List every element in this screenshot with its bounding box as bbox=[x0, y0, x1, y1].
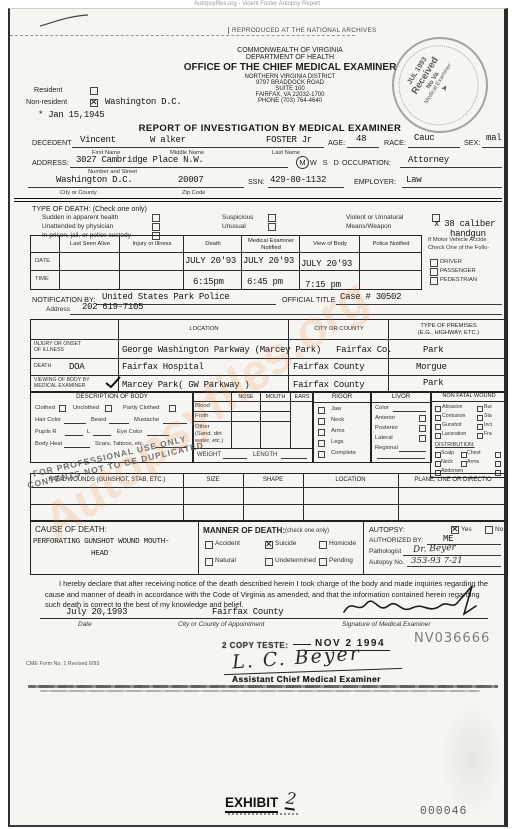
blank-line bbox=[64, 447, 90, 448]
length-label: LENGTH bbox=[253, 452, 277, 459]
grid-line bbox=[31, 270, 421, 271]
driver-label: DRIVER bbox=[440, 259, 462, 266]
plane-header: PLANE, LINE OR DIRECTIO bbox=[400, 477, 506, 484]
date-view-value: JULY 20'93 bbox=[301, 259, 352, 269]
undetermined-checkbox bbox=[265, 558, 273, 566]
nfw-burn-checkbox bbox=[477, 406, 483, 412]
nfw-laceration: Laceration bbox=[442, 432, 466, 438]
race-label: RACE: bbox=[384, 139, 406, 148]
row1-label-2: OF ILLNESS bbox=[34, 348, 64, 354]
row1-city: Fairfax Co. bbox=[336, 345, 392, 355]
grid-line bbox=[193, 411, 290, 412]
driver-checkbox bbox=[430, 259, 438, 267]
row2-city: Fairfax County bbox=[293, 362, 364, 372]
time-death-value: 6:15pm bbox=[193, 277, 224, 287]
col-me-notified: Medical Examiner Notified bbox=[243, 238, 299, 251]
decedent-label: DECEDENT bbox=[32, 139, 72, 148]
motor-note-2: Check One of the Follo· bbox=[428, 245, 489, 252]
exhibit-dots bbox=[228, 813, 298, 815]
notification-address-underline bbox=[70, 314, 502, 315]
nfw-gunshot-checkbox bbox=[435, 424, 441, 430]
form-number: CME Form No. 1 Revised 6/93 bbox=[26, 661, 99, 667]
livor-posterior: Posterior bbox=[375, 425, 398, 432]
grid-line bbox=[31, 504, 507, 505]
hair-color-label: Hair Color bbox=[35, 417, 61, 424]
grid-line bbox=[299, 236, 300, 289]
ssn-value: 429-80-1132 bbox=[270, 175, 326, 185]
nfw-incision-checkbox bbox=[477, 424, 483, 430]
pedestrian-checkbox bbox=[430, 277, 438, 285]
col-death: Death bbox=[185, 241, 241, 248]
time-view-value: 7:15 pm bbox=[305, 280, 341, 290]
nfw-title: NON FATAL WOUND bbox=[431, 393, 507, 399]
address-label: ADDRESS: bbox=[32, 159, 69, 168]
pupils-label: Pupils R bbox=[35, 429, 57, 436]
official-title-underline bbox=[336, 304, 502, 305]
dist-extra1-checkbox bbox=[495, 452, 501, 458]
grid-line bbox=[193, 448, 313, 449]
nfw-contusion: Contusion bbox=[442, 414, 465, 420]
blood-label: Blood bbox=[195, 403, 210, 410]
accident-label: Accident bbox=[215, 540, 240, 548]
grid-line bbox=[183, 474, 184, 520]
last-name-label: Last Name bbox=[272, 150, 300, 157]
grid-line bbox=[183, 236, 184, 289]
city-value: Washington D.C. bbox=[56, 175, 133, 185]
rigor-arms: Arms bbox=[331, 428, 345, 435]
case-number-value: Case # 30502 bbox=[340, 292, 401, 302]
passenger-label: PASSENGER bbox=[440, 268, 476, 275]
header-premises-1: TYPE OF PREMISES bbox=[390, 323, 507, 330]
zip-label: Zip Code bbox=[182, 190, 206, 197]
unclothed-label: Unclothed bbox=[73, 405, 99, 412]
tod-suspicious-checkbox bbox=[268, 214, 276, 222]
pen-mark bbox=[38, 13, 90, 29]
blank-line bbox=[393, 411, 426, 412]
grid-line bbox=[31, 252, 421, 253]
pending-label: Pending bbox=[329, 557, 353, 565]
tod-unusual-checkbox bbox=[268, 223, 276, 231]
signoff-county-value: Fairfax County bbox=[212, 607, 283, 617]
scan-line bbox=[10, 35, 355, 36]
last-name-value: FOSTER Jr bbox=[266, 135, 312, 145]
datetime-table: Last Seen Alive Injury or Illness Death … bbox=[30, 235, 422, 290]
suicide-label: Suicide bbox=[275, 540, 296, 548]
pending-checkbox bbox=[319, 558, 327, 566]
homicide-label: Homicide bbox=[329, 540, 356, 548]
employer-underline bbox=[402, 187, 502, 188]
cause-of-death-box: CAUSE OF DEATH: PERFORATING GUNSHOT WOUN… bbox=[30, 521, 508, 575]
row3-location: Marcey Park( GW Parkway ) bbox=[122, 380, 250, 390]
orifice-box: NOSE MOUTH EARS Blood Froth Other (Sand,… bbox=[192, 391, 314, 463]
nfw-contusion-checkbox bbox=[435, 415, 441, 421]
pupils-l-label: L bbox=[87, 429, 90, 436]
autopsy-no-label: No bbox=[495, 526, 503, 534]
row-date-label: DATE bbox=[35, 258, 50, 265]
livor-regional-label: Regional bbox=[375, 445, 398, 452]
signoff-date-label: Date bbox=[78, 621, 92, 628]
weapon-value-line1: x 38 caliber bbox=[434, 219, 495, 229]
race-value: Cauc bbox=[414, 133, 434, 143]
non-fatal-wound-box: NON FATAL WOUND Abrasion Bur Contusion S… bbox=[430, 391, 508, 478]
manner-of-death-note: (check one only) bbox=[285, 528, 329, 534]
occupation-label: OCCUPATION: bbox=[342, 159, 391, 168]
letterhead-office: OFFICE OF THE CHIEF MEDICAL EXAMINER bbox=[150, 62, 430, 73]
grid-line bbox=[119, 236, 120, 289]
livor-title: LIVOR bbox=[371, 393, 431, 400]
grid-line bbox=[431, 401, 507, 402]
rule-top bbox=[14, 198, 502, 199]
file-number-handwriting: NV036666 bbox=[414, 631, 490, 646]
pedestrian-label: PEDESTRIAN bbox=[440, 277, 477, 284]
rigor-arms-checkbox bbox=[318, 429, 325, 436]
accident-checkbox bbox=[205, 541, 213, 549]
beard-label: Beard bbox=[91, 417, 106, 424]
blank-line bbox=[163, 423, 187, 424]
nfw-abrasion-checkbox bbox=[435, 406, 441, 412]
livor-anterior: Anterior bbox=[375, 415, 395, 422]
livor-lateral-checkbox bbox=[419, 435, 426, 442]
rigor-legs-checkbox bbox=[318, 440, 325, 447]
autopsy-number-value: 353-93 7-21 bbox=[411, 556, 463, 566]
rigor-box: RIGOR Jaw Neck Arms Legs Complete bbox=[312, 391, 372, 463]
autopsy-yes-label: Yes bbox=[461, 526, 472, 534]
livor-color-label: Color bbox=[375, 405, 389, 412]
eye-color-label: Eye Color bbox=[117, 429, 142, 436]
autopsy-number-underline bbox=[407, 566, 501, 567]
row3-premises: Park bbox=[423, 378, 443, 388]
shape-header: SHAPE bbox=[245, 477, 301, 484]
tod-means-weapon: Means/Weapon bbox=[346, 223, 391, 231]
notification-address-value: 202 619-7105 bbox=[82, 302, 143, 312]
notification-by-value: United States Park Police bbox=[102, 292, 230, 302]
nfw-abrasion: Abrasion bbox=[442, 405, 462, 411]
blank-line bbox=[377, 458, 425, 459]
manner-of-death-label: MANNER OF DEATH: bbox=[203, 526, 285, 535]
name-underline bbox=[72, 147, 324, 148]
letterhead: COMMONWEALTH OF VIRGINIA DEPARTMENT OF H… bbox=[150, 47, 430, 104]
cause-of-death-value-2: HEAD bbox=[91, 550, 108, 558]
letterhead-phone: PHONE (703) 764-4640 bbox=[150, 98, 430, 104]
body-description-title: DESCRIPTION OF BODY bbox=[31, 393, 193, 400]
tod-unattended-checkbox bbox=[152, 223, 160, 231]
sex-underline bbox=[482, 147, 504, 148]
marital-status-options: W S D bbox=[310, 159, 341, 168]
letterhead-commonwealth: COMMONWEALTH OF VIRGINIA bbox=[150, 47, 430, 54]
motor-note-1: If Motor Vehicle Accide bbox=[428, 237, 487, 244]
employer-label: EMPLOYER: bbox=[354, 178, 396, 187]
nfw-laceration-checkbox bbox=[435, 433, 441, 439]
stamp-dash bbox=[293, 644, 311, 645]
grid-line bbox=[363, 522, 364, 574]
rule-bottom bbox=[14, 201, 502, 202]
cause-of-death-label: CAUSE OF DEATH: bbox=[35, 525, 107, 534]
marital-status-circled-m: M bbox=[296, 156, 309, 169]
tod-sudden: Sudden in apparent health bbox=[42, 214, 118, 222]
nonresident-checkbox bbox=[90, 99, 98, 107]
grid-line bbox=[198, 522, 199, 574]
document-page: Autopsyfiles.org REPRODUCED AT THE NATIO… bbox=[8, 8, 508, 827]
signature-label: Signature of Medical Examiner bbox=[342, 621, 431, 628]
nfw-incision: Inci bbox=[484, 423, 492, 429]
pathologist-value: Dr. Beyer bbox=[413, 543, 456, 555]
row2-extra: DOA bbox=[69, 362, 84, 372]
livor-anterior-checkbox bbox=[419, 415, 426, 422]
resident-label: Resident bbox=[34, 86, 62, 95]
rigor-neck-checkbox bbox=[318, 418, 325, 425]
sex-value: mal bbox=[486, 133, 501, 143]
col-injury-illness: Injury or Illness bbox=[121, 241, 183, 248]
grid-line bbox=[31, 487, 507, 488]
signoff-date-value: July 20,1993 bbox=[66, 607, 127, 617]
ssn-underline bbox=[268, 187, 344, 188]
letterhead-department: DEPARTMENT OF HEALTH bbox=[150, 54, 430, 61]
signoff-county-label: City or County of Appointment bbox=[178, 621, 264, 628]
autopsy-yes-checkbox bbox=[451, 526, 459, 534]
first-name-value: Vincent bbox=[80, 135, 116, 145]
resident-checkbox bbox=[90, 87, 98, 95]
rigor-neck: Neck bbox=[331, 417, 344, 424]
checkmark bbox=[105, 376, 121, 388]
nfw-burn: Bur bbox=[484, 405, 492, 411]
grid-line bbox=[241, 236, 242, 289]
row2-location: Fairfax Hospital bbox=[122, 362, 204, 372]
nonresident-value: Washington D.C. bbox=[105, 97, 182, 107]
partly-clothed-label: Partly Clothed bbox=[123, 405, 159, 412]
grid-line bbox=[359, 236, 360, 289]
row1-location: George Washington Parkway (Marcey Park) bbox=[122, 345, 321, 355]
tod-unusual: Unusual bbox=[222, 223, 246, 231]
official-title-label: OFFICIAL TITLE bbox=[282, 296, 336, 305]
ears-header: EARS bbox=[291, 394, 313, 400]
grid-line bbox=[243, 474, 244, 520]
city-underline bbox=[28, 187, 244, 188]
row1-premises: Park bbox=[423, 345, 443, 355]
site-caption: Autopsyfiles.org - Vicent Foster Autopsy… bbox=[0, 1, 514, 7]
nfw-stab-checkbox bbox=[477, 415, 483, 421]
nfw-fracture: Fra bbox=[484, 432, 492, 438]
header-location: LOCATION bbox=[120, 326, 288, 333]
nonresident-label: Non-resident bbox=[26, 98, 67, 107]
body-heat-label: Body Heat bbox=[35, 441, 62, 448]
grid-line bbox=[398, 474, 399, 520]
scan-smudge-1 bbox=[28, 685, 498, 688]
header-city: CITY OR COUNTY bbox=[290, 326, 388, 333]
authorized-by-label: AUTHORIZED BY: bbox=[369, 537, 423, 545]
dist-scalp: Scalp bbox=[441, 451, 454, 457]
autopsy-label: AUTOPSY: bbox=[369, 526, 405, 535]
scan-noise bbox=[440, 699, 504, 819]
dist-neck: Neck bbox=[441, 460, 453, 466]
tod-violent: Violent or Unnatural bbox=[346, 214, 403, 222]
header-premises-2: (E.G., HIGHWAY, ETC.) bbox=[390, 330, 507, 337]
type-of-death-title: TYPE OF DEATH: (Check one only) bbox=[32, 205, 147, 214]
row2-premises: Morgue bbox=[416, 362, 447, 372]
suicide-checkbox bbox=[265, 541, 273, 549]
middle-name-value: W alker bbox=[150, 135, 186, 145]
livor-box: LIVOR Color Anterior Posterior Lateral R… bbox=[370, 391, 432, 463]
fatal-wounds-table: FATAL WOUNDS (GUNSHOT, STAB, ETC.) SIZE … bbox=[30, 473, 508, 521]
grid-line bbox=[388, 320, 389, 392]
unclothed-checkbox bbox=[105, 405, 112, 412]
tod-unattended: Unattended by physician bbox=[42, 223, 113, 231]
time-notified-value: 6:45 pm bbox=[247, 277, 283, 287]
dist-chest: Chest bbox=[467, 451, 481, 457]
grid-line bbox=[288, 320, 289, 392]
pathologist-label: Pathologist bbox=[369, 548, 401, 556]
natural-label: Natural bbox=[215, 557, 236, 565]
report-title: REPORT OF INVESTIGATION BY MEDICAL EXAMI… bbox=[100, 123, 440, 134]
blank-line bbox=[147, 435, 169, 436]
blank-line bbox=[399, 451, 426, 452]
nfw-stab: Sta bbox=[484, 414, 492, 420]
dist-extra2-checkbox bbox=[495, 461, 501, 467]
tod-sudden-checkbox bbox=[152, 214, 160, 222]
exhibit-number: 2 bbox=[285, 788, 298, 810]
tod-suspicious: Suspicious bbox=[222, 214, 253, 222]
size-header: SIZE bbox=[185, 477, 241, 484]
medical-examiner-signature bbox=[340, 584, 480, 620]
age-value: 48 bbox=[356, 134, 366, 144]
notification-address-label: Address bbox=[46, 306, 70, 314]
row3-label-2: MEDICAL EXAMINER bbox=[34, 384, 85, 390]
race-underline bbox=[408, 147, 460, 148]
ssn-label: SSN: bbox=[248, 178, 265, 187]
autopsy-number-label: Autopsy No. bbox=[369, 559, 404, 567]
blank-line bbox=[65, 435, 83, 436]
street-value: 3027 Cambridge Place N.W. bbox=[76, 155, 204, 165]
blank-line bbox=[64, 423, 86, 424]
grid-line bbox=[31, 339, 507, 340]
employer-value: Law bbox=[406, 175, 421, 185]
passenger-checkbox bbox=[430, 268, 438, 276]
nfw-fracture-checkbox bbox=[477, 433, 483, 439]
scan-smudge-2 bbox=[40, 690, 480, 692]
rigor-complete-checkbox bbox=[318, 451, 325, 458]
clothed-checkbox bbox=[59, 405, 66, 412]
location-header: LOCATION bbox=[305, 477, 396, 484]
sex-label: SEX: bbox=[464, 139, 480, 148]
autopsy-no-checkbox bbox=[485, 526, 493, 534]
zip-value: 20007 bbox=[178, 175, 204, 185]
col-police-notified: Police Notified bbox=[361, 241, 421, 248]
grid-line bbox=[303, 474, 304, 520]
livor-posterior-checkbox bbox=[419, 425, 426, 432]
clothed-label: Clothed bbox=[35, 405, 55, 412]
livor-lateral: Lateral bbox=[375, 435, 393, 442]
blank-line bbox=[93, 435, 111, 436]
mouth-header: MOUTH bbox=[261, 394, 290, 400]
row-time-label: TIME bbox=[35, 276, 49, 283]
mustache-label: Mustache bbox=[134, 417, 159, 424]
date-death-value: JULY 20'93 bbox=[185, 256, 236, 266]
age-label: AGE: bbox=[328, 139, 345, 148]
grid-line bbox=[371, 402, 431, 403]
row3-city: Fairfax County bbox=[293, 380, 364, 390]
cause-of-death-value-1: PERFORATING GUNSHOT WOUND MOUTH- bbox=[33, 538, 169, 546]
rigor-title: RIGOR bbox=[313, 393, 371, 400]
blank-line bbox=[223, 458, 247, 459]
undetermined-label: Undetermined bbox=[275, 557, 316, 565]
rigor-jaw: Jaw bbox=[331, 406, 341, 413]
age-underline bbox=[347, 147, 379, 148]
rigor-jaw-checkbox bbox=[318, 407, 325, 414]
grid-line bbox=[313, 402, 371, 403]
row2-label: DEATH bbox=[34, 364, 51, 370]
archives-stamp: REPRODUCED AT THE NATIONAL ARCHIVES bbox=[228, 27, 377, 34]
blank-line bbox=[109, 423, 129, 424]
homicide-checkbox bbox=[319, 541, 327, 549]
grid-line bbox=[193, 401, 313, 402]
scanned-document: Autopsyfiles.org - Vicent Foster Autopsy… bbox=[0, 0, 514, 829]
location-table: LOCATION CITY OR COUNTY TYPE OF PREMISES… bbox=[30, 319, 508, 393]
exhibit-label: EXHIBIT bbox=[225, 795, 278, 813]
occupation-underline bbox=[400, 167, 502, 168]
city-label: City or County bbox=[60, 190, 97, 197]
distribution-title: DISTRIBUTION: bbox=[435, 442, 475, 448]
assistant-cme-title: Assistant Chief Medical Examiner bbox=[232, 674, 381, 684]
street-underline bbox=[70, 167, 288, 168]
grid-line bbox=[31, 358, 507, 359]
grid-line bbox=[31, 375, 507, 376]
dist-arms: Arms bbox=[467, 460, 479, 466]
nose-header: NOSE bbox=[232, 394, 260, 400]
natural-checkbox bbox=[205, 558, 213, 566]
nfw-gunshot: Gunshot bbox=[442, 423, 462, 429]
partly-clothed-checkbox bbox=[169, 405, 176, 412]
col-view-of-body: View of Body bbox=[301, 241, 359, 248]
froth-label: Froth bbox=[195, 413, 209, 420]
date-notified-value: JULY 20'93 bbox=[243, 256, 294, 266]
col-last-seen-alive: Last Seen Alive bbox=[61, 241, 119, 248]
rigor-legs: Legs bbox=[331, 439, 344, 446]
blank-line bbox=[281, 458, 307, 459]
weight-label: WEIGHT bbox=[197, 452, 221, 459]
rigor-complete: Complete bbox=[331, 450, 356, 457]
grid-line bbox=[59, 236, 60, 289]
occupation-value: Attorney bbox=[408, 155, 449, 165]
grid-line bbox=[193, 421, 290, 422]
date-of-birth: * Jan 15,1945 bbox=[38, 110, 104, 120]
